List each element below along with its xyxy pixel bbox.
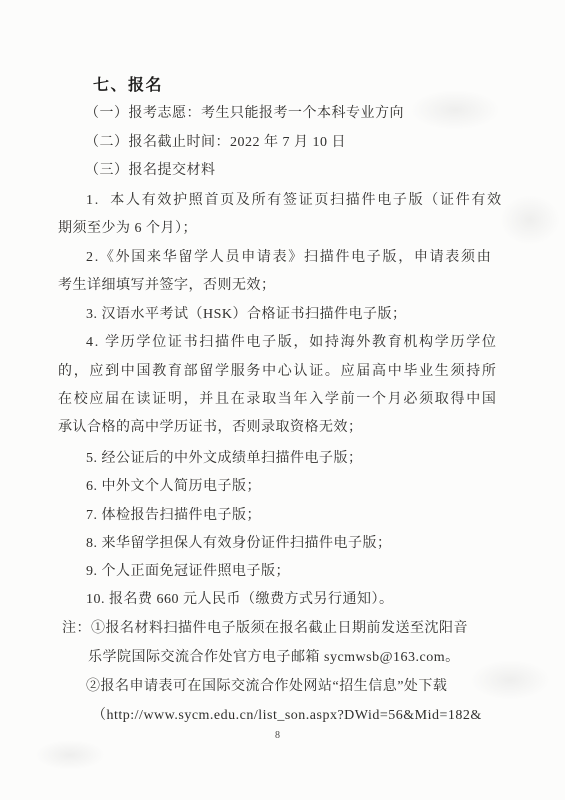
material-item-fee: 10. 报名费 660 元人民币（缴费方式另行通知）。 bbox=[86, 592, 394, 608]
material-item-application-form-cont: 考生详细填写并签字，否则无效； bbox=[58, 278, 276, 294]
subsection-deadline: （二）报名截止时间：2022 年 7 月 10 日 bbox=[85, 135, 346, 151]
scan-artifact bbox=[470, 660, 550, 700]
material-item-hsk: 3. 汉语水平考试（HSK）合格证书扫描件电子版； bbox=[86, 307, 407, 323]
note-download: ②报名申请表可在国际交流合作处网站“招生信息”处下载 bbox=[86, 679, 447, 695]
scan-artifact bbox=[410, 90, 500, 130]
scan-artifact bbox=[35, 740, 105, 770]
material-item-passport-cont: 期须至少为 6 个月）； bbox=[58, 221, 197, 237]
material-item-diploma: 4. 学历学位证书扫描件电子版，如持海外教育机构学历学位 bbox=[86, 335, 498, 351]
note-email-cont: 乐学院国际交流合作处官方电子邮箱 sycmwsb@163.com。 bbox=[88, 650, 460, 666]
material-item-diploma-cont: 在校应届在读证明，并且在录取当年入学前一个月必须取得中国 bbox=[58, 392, 498, 408]
subsection-application-choice: （一）报考志愿：考生只能报考一个本科专业方向 bbox=[85, 106, 404, 122]
material-item-photo: 9. 个人正面免冠证件照电子版； bbox=[86, 564, 290, 580]
subsection-materials: （三）报名提交材料 bbox=[85, 163, 216, 179]
material-item-guarantor-id: 8. 来华留学担保人有效身份证件扫描件电子版； bbox=[86, 536, 392, 552]
material-item-transcript: 5. 经公证后的中外文成绩单扫描件电子版； bbox=[86, 451, 363, 467]
material-item-diploma-cont: 承认合格的高中学历证书，否则录取资格无效； bbox=[58, 420, 363, 436]
material-item-application-form: 2.《外国来华留学人员申请表》扫描件电子版，申请表须由 bbox=[86, 250, 492, 266]
document-page: 七、报名 （一）报考志愿：考生只能报考一个本科专业方向 （二）报名截止时间：20… bbox=[0, 0, 565, 800]
note-email: 注：①报名材料扫描件电子版须在报名截止日期前发送至沈阳音 bbox=[62, 621, 468, 637]
material-item-passport: 1. 本人有效护照首页及所有签证页扫描件电子版（证件有效 bbox=[86, 193, 503, 209]
page-number: 8 bbox=[0, 730, 555, 741]
material-item-diploma-cont: 的，应到中国教育部留学服务中心认证。应届高中毕业生须持所 bbox=[58, 364, 498, 380]
note-download-url: （http://www.sycm.edu.cn/list_son.aspx?DW… bbox=[92, 708, 482, 724]
scan-artifact bbox=[500, 195, 560, 245]
material-item-resume: 6. 中外文个人简历电子版； bbox=[86, 479, 261, 495]
material-item-medical-report: 7. 体检报告扫描件电子版； bbox=[86, 508, 261, 524]
section-heading: 七、报名 bbox=[93, 77, 163, 95]
